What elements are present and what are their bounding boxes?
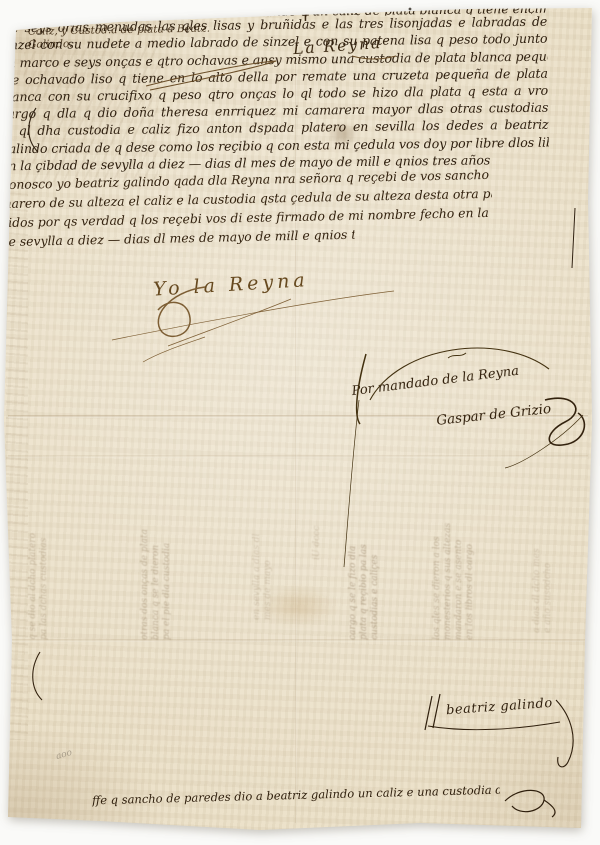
bleedthrough-column: cargo q se le fizo dla plata q reçibio p… <box>348 432 406 640</box>
bleedthrough-column: en sevylla a dias dl mes de mayo <box>252 455 282 620</box>
paper-edge-texture <box>6 180 28 740</box>
paper-sheet: q se dio al dcho platero pa las dchas cu… <box>0 0 600 845</box>
fold-crease-lower <box>8 639 588 642</box>
secretary-signature: Gaspar de Grizio <box>436 397 587 429</box>
bleedthrough-column: a dias dl dcho mes e año susodcho <box>532 435 562 633</box>
bleedthrough-column: los qles se dieron a los monesterios q s… <box>432 430 498 640</box>
bleedthrough-column: otras dos onças de plata blanca q se le … <box>140 450 188 640</box>
receipt-signature: beatriz galindo <box>446 693 597 718</box>
fold-crease-middle <box>8 455 588 458</box>
parchment-background: q se dio al dcho platero pa las dchas cu… <box>0 0 600 845</box>
royal-signature: Yo la Reyna <box>153 263 404 300</box>
bleedthrough-column: iU dccc <box>312 440 334 560</box>
bleedthrough-column: q se dio al dcho platero pa las dchas cu… <box>28 438 66 640</box>
body-text: Sancho de paredes mi camarero yo vos man… <box>0 0 549 175</box>
photo-of-manuscript: { "photo": { "background": "#fafaf8" }, … <box>0 0 600 845</box>
receipt-text: Conosco yo beatriz galindo qada dla Reyn… <box>0 167 493 253</box>
endorsement-line: Por mandado de la Reyna <box>351 358 566 399</box>
pencil-mark: aoo <box>55 748 73 762</box>
